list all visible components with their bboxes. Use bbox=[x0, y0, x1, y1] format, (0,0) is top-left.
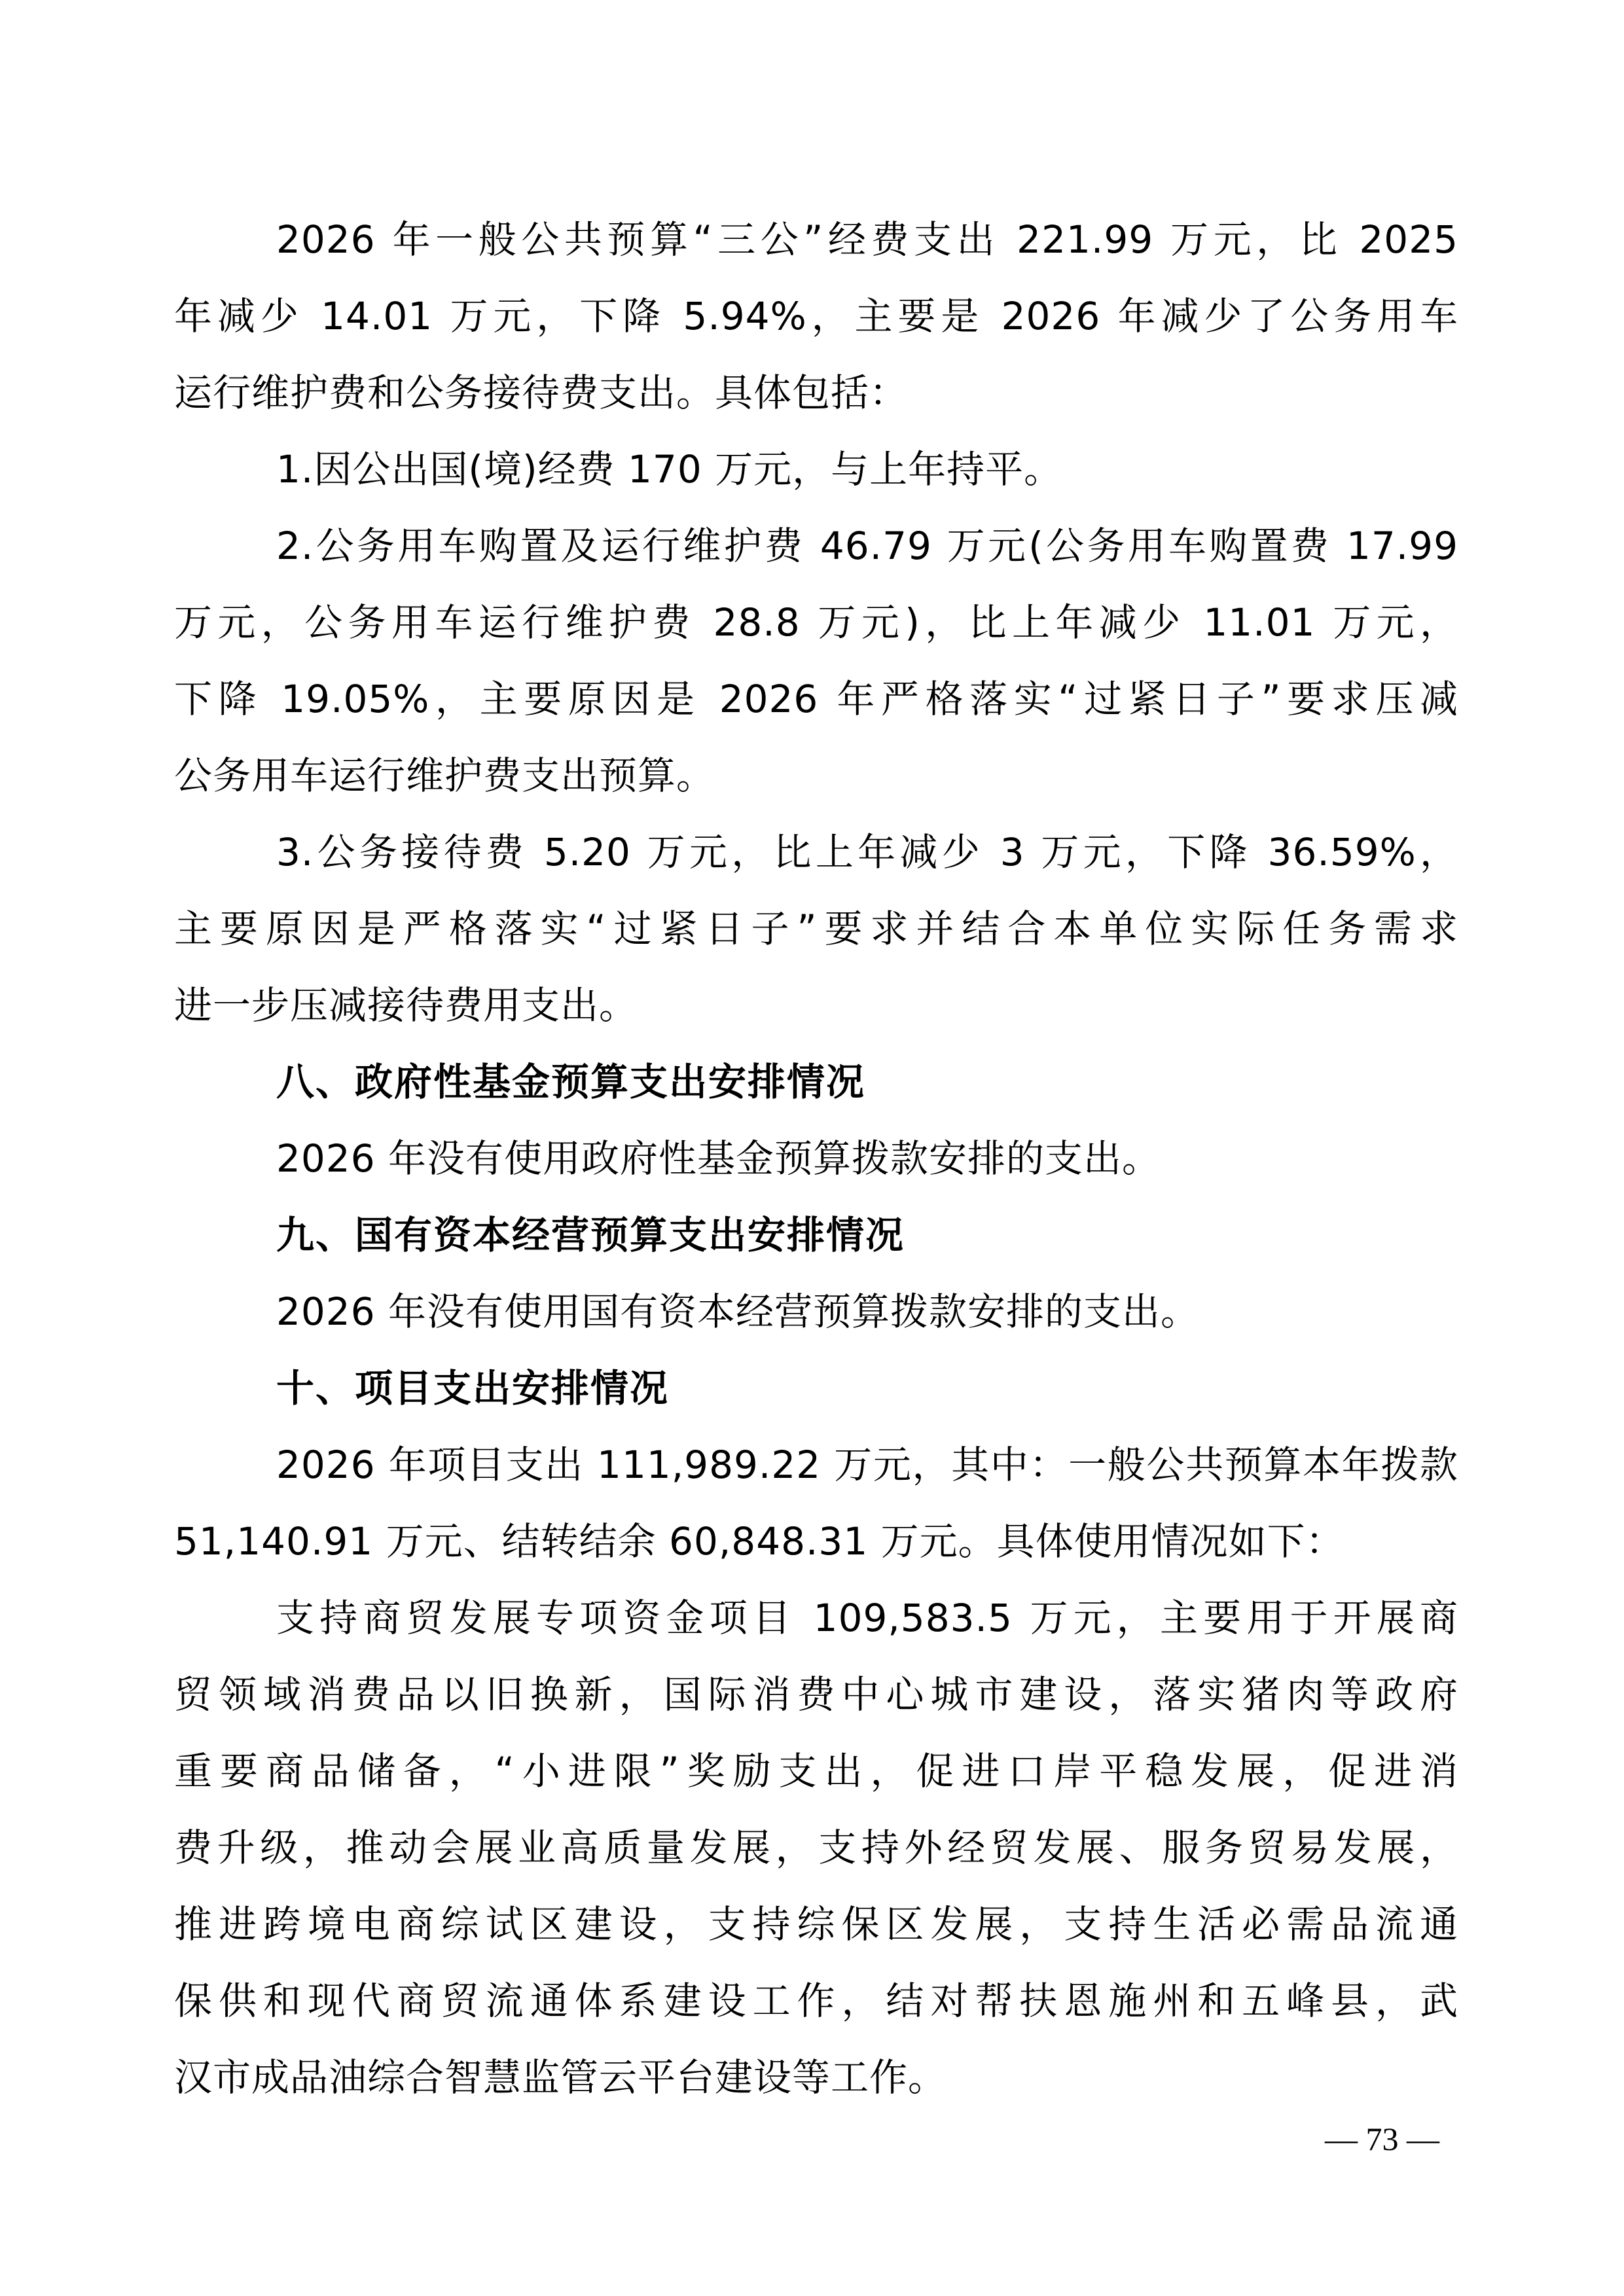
section-heading: 九、国有资本经营预算支出安排情况 bbox=[174, 1197, 1458, 1274]
text-line: 运行维护费和公务接待费支出。具体包括： bbox=[174, 355, 1458, 431]
text-line: 下降 19.05%，主要原因是 2026 年严格落实“过紧日子”要求压减 bbox=[174, 661, 1458, 738]
text-line: 主要原因是严格落实“过紧日子”要求并结合本单位实际任务需求 bbox=[174, 891, 1458, 967]
text-line: 年减少 14.01 万元，下降 5.94%，主要是 2026 年减少了公务用车 bbox=[174, 278, 1458, 355]
text-line: 汉市成品油综合智慧监管云平台建设等工作。 bbox=[174, 2039, 1458, 2116]
text-line: 2026 年一般公共预算“三公”经费支出 221.99 万元，比 2025 bbox=[174, 202, 1458, 278]
text-line: 进一步压减接待费用支出。 bbox=[174, 967, 1458, 1044]
text-line: 支持商贸发展专项资金项目 109,583.5 万元，主要用于开展商 bbox=[174, 1580, 1458, 1657]
text-line: 公务用车运行维护费支出预算。 bbox=[174, 738, 1458, 814]
text-line: 费升级，推动会展业高质量发展，支持外经贸发展、服务贸易发展， bbox=[174, 1810, 1458, 1886]
text-line: 2026 年项目支出 111,989.22 万元，其中：一般公共预算本年拨款 bbox=[174, 1427, 1458, 1503]
section-heading: 十、项目支出安排情况 bbox=[174, 1350, 1458, 1427]
text-line: 51,140.91 万元、结转结余 60,848.31 万元。具体使用情况如下： bbox=[174, 1503, 1458, 1580]
text-line: 2.公务用车购置及运行维护费 46.79 万元(公务用车购置费 17.99 bbox=[174, 508, 1458, 584]
text-line: 2026 年没有使用国有资本经营预算拨款安排的支出。 bbox=[174, 1274, 1458, 1350]
page-number: — 73 — bbox=[1325, 2119, 1439, 2159]
text-line: 2026 年没有使用政府性基金预算拨款安排的支出。 bbox=[174, 1121, 1458, 1197]
document-body: 2026 年一般公共预算“三公”经费支出 221.99 万元，比 2025 年减… bbox=[174, 202, 1458, 2116]
document-page: 2026 年一般公共预算“三公”经费支出 221.99 万元，比 2025 年减… bbox=[0, 0, 1624, 2296]
text-line: 重要商品储备，“小进限”奖励支出，促进口岸平稳发展，促进消 bbox=[174, 1733, 1458, 1810]
text-line: 贸领域消费品以旧换新，国际消费中心城市建设，落实猪肉等政府 bbox=[174, 1657, 1458, 1733]
text-line: 保供和现代商贸流通体系建设工作，结对帮扶恩施州和五峰县，武 bbox=[174, 1963, 1458, 2039]
text-line: 万元，公务用车运行维护费 28.8 万元)，比上年减少 11.01 万元， bbox=[174, 584, 1458, 661]
text-line: 推进跨境电商综试区建设，支持综保区发展，支持生活必需品流通 bbox=[174, 1886, 1458, 1963]
text-line: 3.公务接待费 5.20 万元，比上年减少 3 万元，下降 36.59%， bbox=[174, 814, 1458, 891]
text-line: 1.因公出国(境)经费 170 万元，与上年持平。 bbox=[174, 431, 1458, 508]
section-heading: 八、政府性基金预算支出安排情况 bbox=[174, 1044, 1458, 1121]
